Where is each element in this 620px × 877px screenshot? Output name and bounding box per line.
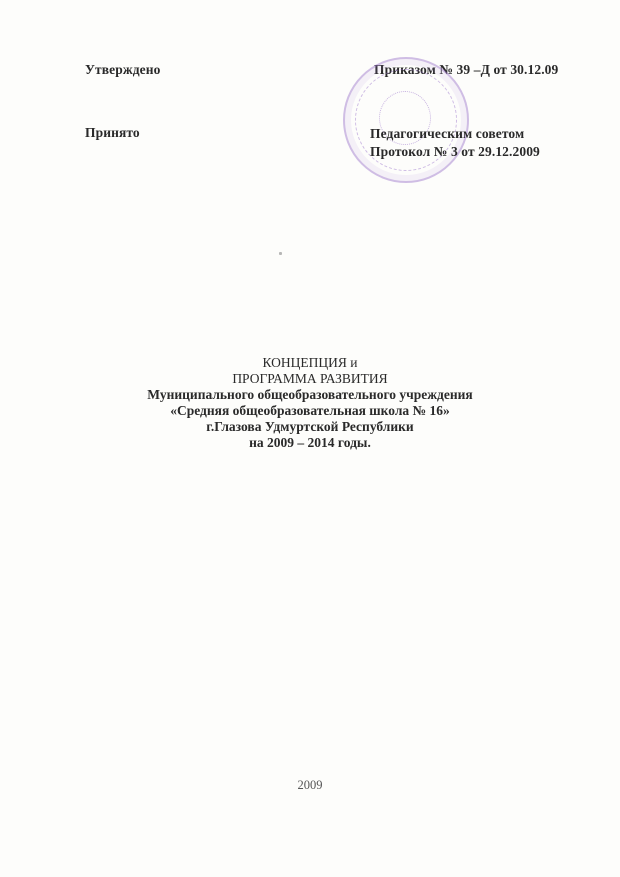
title-line-period: на 2009 – 2014 годы. [0, 435, 620, 451]
accepted-label: Принято [85, 125, 140, 141]
document-year: 2009 [0, 778, 620, 793]
accepted-by: Педагогическим советом Протокол № 3 от 2… [370, 125, 540, 161]
official-seal-icon [343, 57, 469, 183]
accepted-by-council: Педагогическим советом [370, 125, 540, 143]
title-line-institution: Муниципального общеобразовательного учре… [0, 387, 620, 403]
document-title: КОНЦЕПЦИЯ и ПРОГРАММА РАЗВИТИЯ Муниципал… [0, 355, 620, 451]
document-page: Утверждено Приказом № 39 –Д от 30.12.09 … [0, 0, 620, 877]
approved-label: Утверждено [85, 62, 160, 78]
title-line-program: ПРОГРАММА РАЗВИТИЯ [0, 371, 620, 387]
accepted-protocol: Протокол № 3 от 29.12.2009 [370, 143, 540, 161]
title-line-school: «Средняя общеобразовательная школа № 16» [0, 403, 620, 419]
scan-speck [279, 252, 282, 255]
title-line-concept: КОНЦЕПЦИЯ и [0, 355, 620, 371]
title-line-city: г.Глазова Удмуртской Республики [0, 419, 620, 435]
